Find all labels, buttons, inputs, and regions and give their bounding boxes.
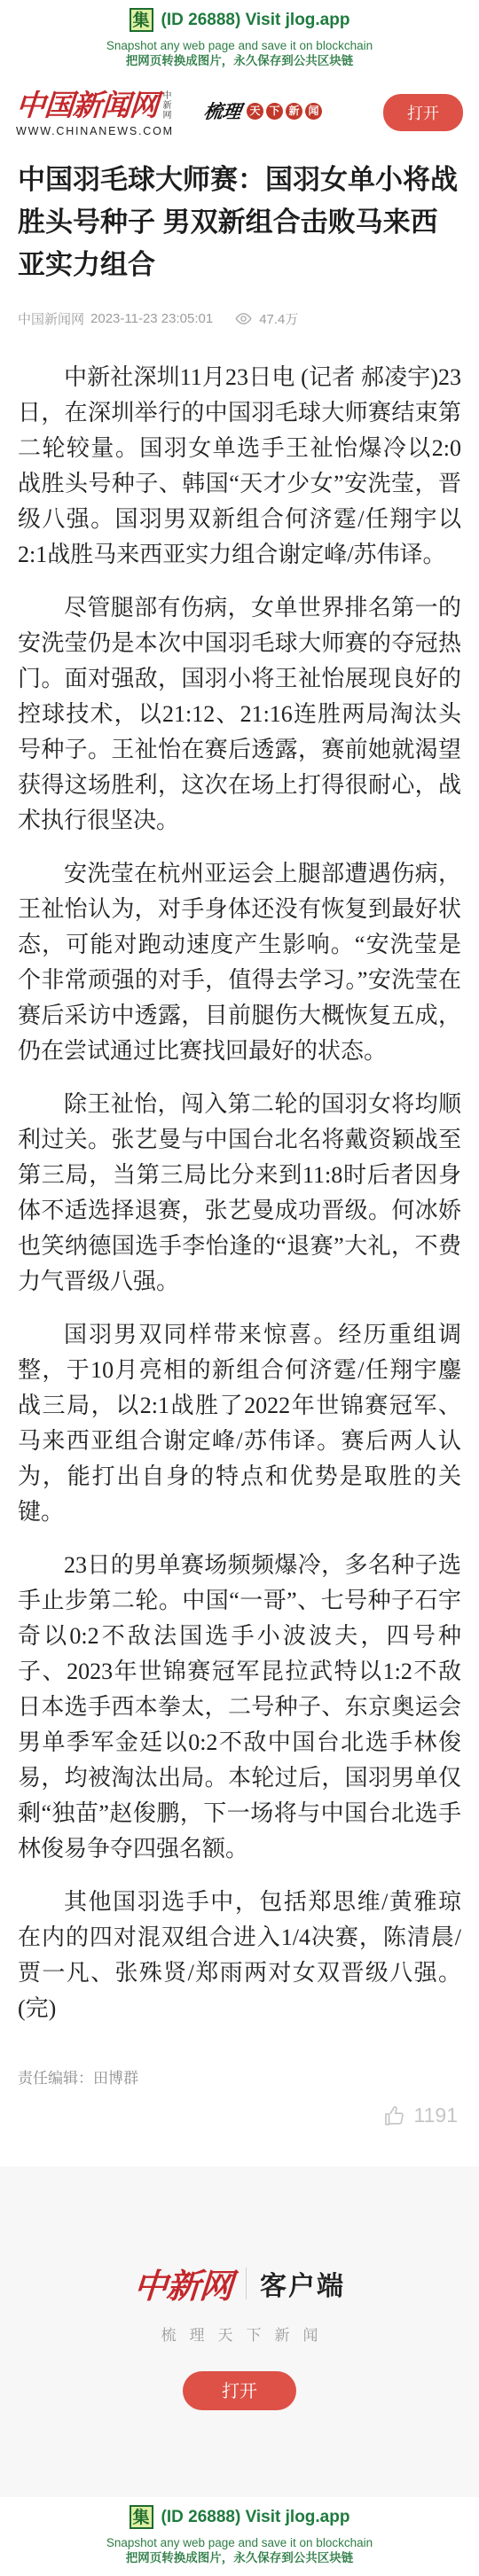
article-paragraph: 中新社深圳11月23日电 (记者 郝凌宇)23日，在深圳举行的中国羽毛球大师赛结… [18,360,461,573]
slogan-stamp: 下 [266,103,283,120]
article-paragraph: 23日的男单赛场频频爆冷，多名种子选手止步第二轮。中国“一哥”、七号种子石宇奇以… [18,1548,461,1867]
ad-id-text: (ID 26888) Visit jlog.app [161,11,350,30]
open-app-button-top[interactable]: 打开 [383,94,463,131]
site-header: 中国新闻网 中新网 WWW.CHINANEWS.COM 梳理 天下新闻 打开 [0,79,479,150]
header-slogan: 梳理 天下新闻 [204,98,322,124]
ad-tagline-zh-bottom: 把网页转换成图片，永久保存到公共区块链 [0,2550,479,2566]
top-ad-banner[interactable]: 集 (ID 26888) Visit jlog.app Snapshot any… [0,0,479,79]
view-count: 47.4万 [259,309,298,328]
promo-slogan: 梳理天下新闻 [0,2322,479,2345]
article-paragraph: 其他国羽选手中，包括郑思维/黄雅琼在内的四对混双组合进入1/4决赛，陈清晨/贾一… [18,1885,461,2026]
view-count-group: 47.4万 [234,309,298,328]
promo-logo-client: 客户端 [260,2264,345,2303]
article-paragraph: 安洗莹在杭州亚运会上腿部遭遇伤病，王祉怡认为，对手身体还没有恢复到最好状态，可能… [18,856,461,1069]
ad-tagline-en-bottom: Snapshot any web page and save it on blo… [0,2535,479,2550]
article-datetime: 2023-11-23 23:05:01 [90,311,213,326]
editor-credit: 责任编辑：田博群 [0,2065,479,2088]
slogan-stamp-icons: 天下新闻 [244,103,322,120]
app-promo-section: 中新网 客户端 梳理天下新闻 打开 [0,2166,479,2497]
article-paragraph: 尽管腿部有伤病，女单世界排名第一的安洗莹仍是本次中国羽毛球大师赛的夺冠热门。面对… [18,590,461,839]
logo-calligraphy: 中国新闻网 [15,90,160,122]
logo-side-text: 中新网 [161,90,170,120]
jlog-logo-icon: 集 [130,8,153,32]
slogan-prefix: 梳理 [202,98,243,124]
ad-tagline-zh: 把网页转换成图片，永久保存到公共区块链 [0,53,479,69]
bottom-ad-banner[interactable]: 集 (ID 26888) Visit jlog.app Snapshot any… [0,2497,479,2576]
article-title: 中国羽毛球大师赛：国羽女单小将战胜头号种子 男双新组合击败马来西亚实力组合 [0,159,479,286]
thumbs-up-icon [382,2104,406,2127]
article-paragraph: 国羽男双同样带来惊喜。经历重组调整，于10月亮相的新组合何济霆/任翔宇鏖战三局，… [18,1317,461,1530]
ad-id-row-bottom[interactable]: 集 (ID 26888) Visit jlog.app [0,2505,479,2529]
article-byline: 中国新闻网 2023-11-23 23:05:01 47.4万 [0,309,479,328]
slogan-stamp: 闻 [305,103,322,120]
slogan-stamp: 新 [286,103,302,120]
promo-logo: 中新网 客户端 [0,2259,479,2307]
chinanews-logo[interactable]: 中国新闻网 中新网 WWW.CHINANEWS.COM [16,90,190,137]
ad-tagline-en: Snapshot any web page and save it on blo… [0,38,479,53]
slogan-stamp: 天 [247,103,263,120]
jlog-logo-icon-bottom: 集 [130,2505,153,2529]
article-body: 中新社深圳11月23日电 (记者 郝凌宇)23日，在深圳举行的中国羽毛球大师赛结… [0,360,479,2026]
eye-icon [234,312,253,325]
promo-logo-calligraphy: 中新网 [132,2259,234,2307]
like-button[interactable]: 1191 [0,2104,479,2127]
ad-id-row[interactable]: 集 (ID 26888) Visit jlog.app [0,8,479,32]
logo-url: WWW.CHINANEWS.COM [16,125,190,137]
article-source: 中国新闻网 [18,309,84,328]
like-count: 1191 [414,2104,458,2127]
open-app-button-bottom[interactable]: 打开 [183,2371,296,2410]
article-paragraph: 除王祉怡，闯入第二轮的国羽女将均顺利过关。张艺曼与中国台北名将戴资颖战至第三局，… [18,1087,461,1300]
ad-id-text-bottom: (ID 26888) Visit jlog.app [161,2508,350,2527]
promo-logo-divider [246,2268,247,2299]
